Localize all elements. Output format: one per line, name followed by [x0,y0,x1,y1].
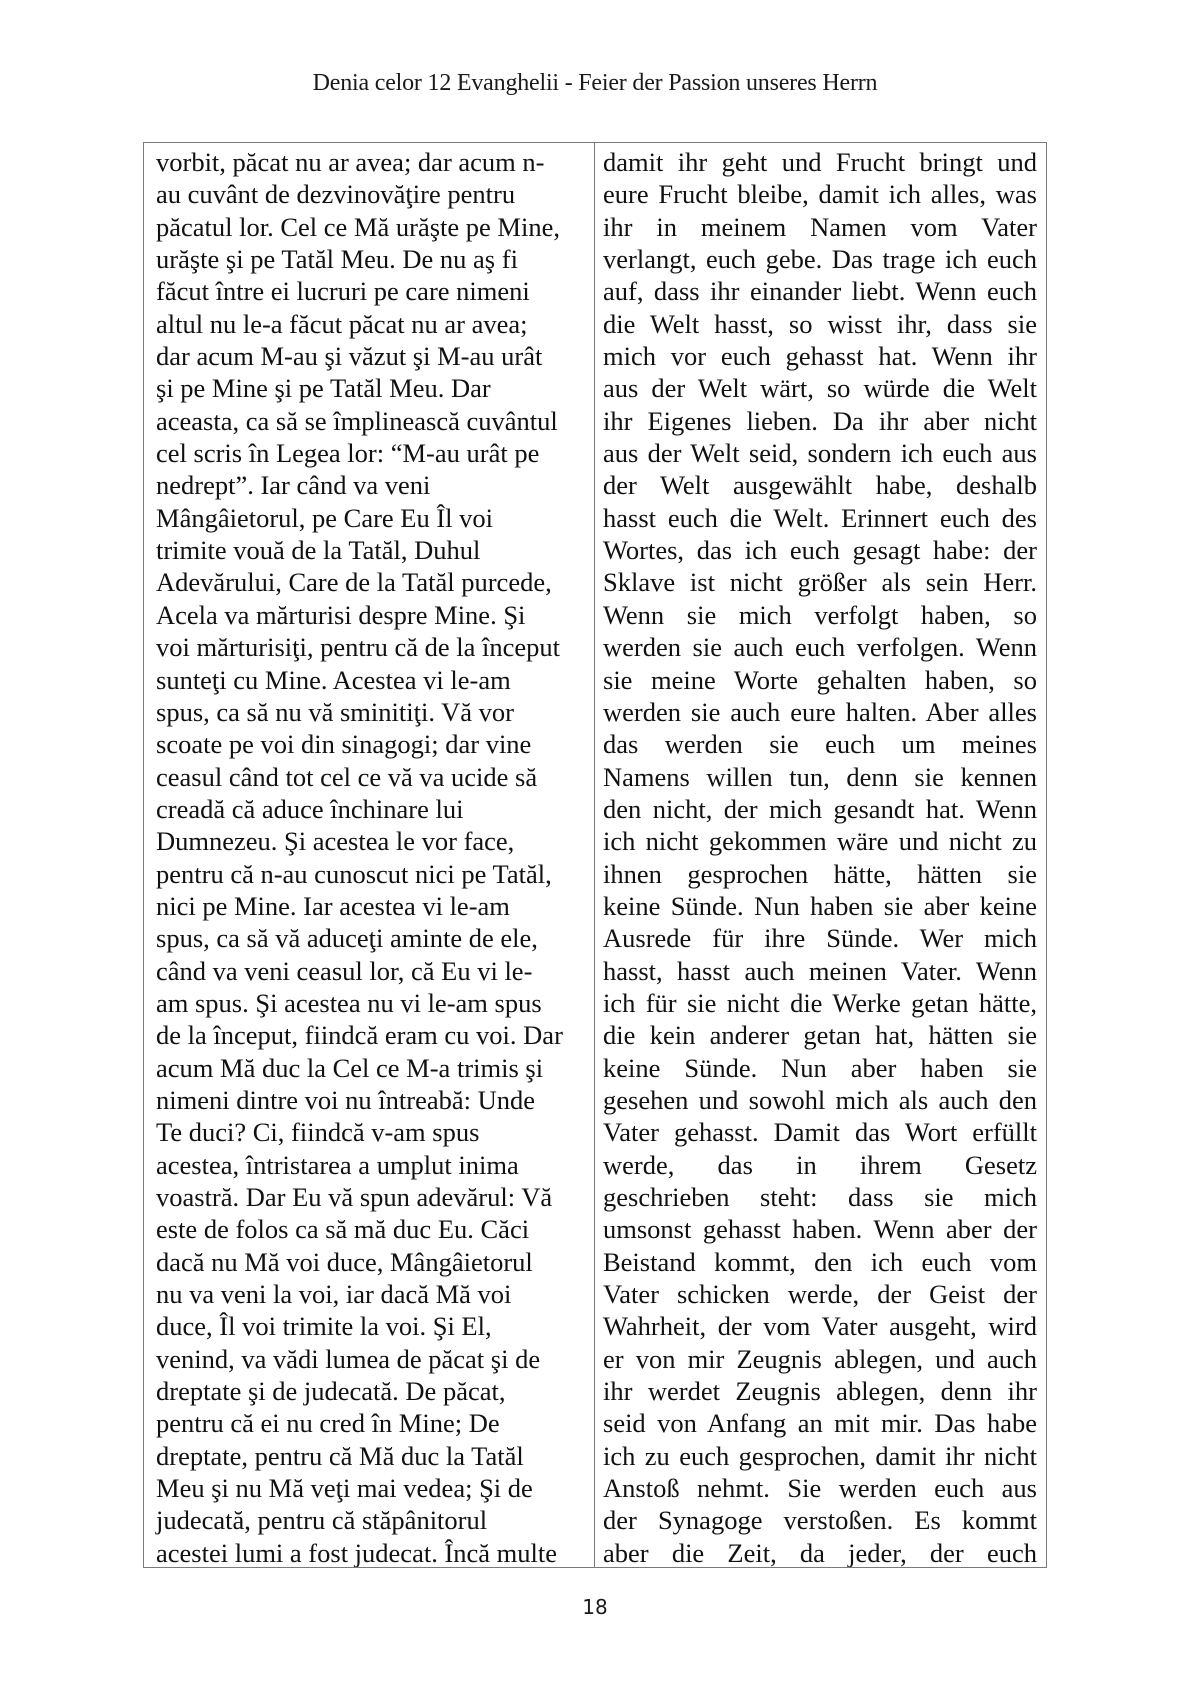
romanian-text-line: şi pe Mine şi pe Tatăl Meu. Dar [156,372,590,404]
german-text-line: ihr in meinem Namen vom Vater [603,211,1037,243]
german-text-line: die Welt hasst, so wisst ihr, dass sie [603,308,1037,340]
german-text-line: gesehen und sowohl mich als auch den [603,1084,1037,1116]
german-text-line: das werden sie euch um meines [603,728,1037,760]
german-text-line: keine Sünde. Nun aber haben sie [603,1052,1037,1084]
romanian-text-line: nimeni dintre voi nu întreabă: Unde [156,1084,590,1116]
german-text-line: aber die Zeit, da jeder, der euch [603,1537,1037,1567]
romanian-text-line: cel scris în Legea lor: “M-au urât pe [156,437,590,469]
german-text-line: mich vor euch gehasst hat. Wenn ihr [603,340,1037,372]
romanian-text-line: Dumnezeu. Şi acestea le vor face, [156,825,590,857]
romanian-text-line: dreptate şi de judecată. De păcat, [156,1375,590,1407]
german-text-line: werden sie auch eure halten. Aber alles [603,696,1037,728]
romanian-text-line: spus, ca să vă aduceţi aminte de ele, [156,922,590,954]
romanian-text-line: făcut între ei lucruri pe care nimeni [156,275,590,307]
romanian-text-line: ceasul când tot cel ce vă va ucide să [156,761,590,793]
german-text-line: eure Frucht bleibe, damit ich alles, was [603,178,1037,210]
german-text-line: ich nicht gekommen wäre und nicht zu [603,825,1037,857]
romanian-text-line: vorbit, păcat nu ar avea; dar acum n- [156,146,590,178]
german-text-line: verlangt, euch gebe. Das trage ich euch [603,243,1037,275]
german-text-line: aus der Welt wärt, so würde die Welt [603,372,1037,404]
page-header-title: Denia celor 12 Evanghelii - Feier der Pa… [0,70,1190,97]
romanian-text-line: altul nu le-a făcut păcat nu ar avea; [156,308,590,340]
romanian-text-line: scoate pe voi din sinagogi; dar vine [156,728,590,760]
romanian-text-line: dreptate, pentru că Mă duc la Tatăl [156,1440,590,1472]
page-number: 18 [0,1595,1190,1619]
german-text-line: hasst, hasst auch meinen Vater. Wenn [603,955,1037,987]
german-text-line: ich für sie nicht die Werke getan hätte, [603,987,1037,1019]
german-text-line: damit ihr geht und Frucht bringt und [603,146,1037,178]
german-text-line: ihnen gesprochen hätte, hätten sie [603,858,1037,890]
german-text-line: ihr werdet Zeugnis ablegen, denn ihr [603,1375,1037,1407]
bilingual-text-table: vorbit, păcat nu ar avea; dar acum n-au … [143,142,1047,1568]
german-text-line: Wortes, das ich euch gesagt habe: der [603,534,1037,566]
german-text-line: umsonst gehasst haben. Wenn aber der [603,1213,1037,1245]
romanian-text-line: voi mărturisiţi, pentru că de la început [156,631,590,663]
romanian-text-line: de la început, fiindcă eram cu voi. Dar [156,1019,590,1051]
german-text-line: werden sie auch euch verfolgen. Wenn [603,631,1037,663]
romanian-text-line: nedrept”. Iar când va veni [156,469,590,501]
german-text-line: hasst euch die Welt. Erinnert euch des [603,502,1037,534]
romanian-text-line: urăşte şi pe Tatăl Meu. De nu aş fi [156,243,590,275]
german-column: damit ihr geht und Frucht bringt undeure… [595,143,1046,1567]
romanian-text-line: sunteţi cu Mine. Acestea vi le-am [156,664,590,696]
german-text-line: sie meine Worte gehalten haben, so [603,664,1037,696]
german-text-line: Ausrede für ihre Sünde. Wer mich [603,922,1037,954]
german-text-line: die kein anderer getan hat, hätten sie [603,1019,1037,1051]
german-text-line: den nicht, der mich gesandt hat. Wenn [603,793,1037,825]
german-text-line: der Welt ausgewählt habe, deshalb [603,469,1037,501]
romanian-text-line: duce, Îl voi trimite la voi. Şi El, [156,1310,590,1342]
romanian-text-line: trimite vouă de la Tatăl, Duhul [156,534,590,566]
romanian-text-line: au cuvânt de dezvinovăţire pentru [156,178,590,210]
german-text-line: Sklave ist nicht größer als sein Herr. [603,566,1037,598]
german-text-line: seid von Anfang an mit mir. Das habe [603,1407,1037,1439]
german-text-line: ihr Eigenes lieben. Da ihr aber nicht [603,405,1037,437]
german-text-line: Beistand kommt, den ich euch vom [603,1246,1037,1278]
romanian-text-line: nu va veni la voi, iar dacă Mă voi [156,1278,590,1310]
german-text-line: auf, dass ihr einander liebt. Wenn euch [603,275,1037,307]
german-text-line: Namens willen tun, denn sie kennen [603,761,1037,793]
german-text-line: werde, das in ihrem Gesetz [603,1149,1037,1181]
romanian-column: vorbit, păcat nu ar avea; dar acum n-au … [144,143,595,1567]
romanian-text-line: acestea, întristarea a umplut inima [156,1149,590,1181]
german-text-line: der Synagoge verstoßen. Es kommt [603,1504,1037,1536]
romanian-text-line: spus, ca să nu vă sminitiţi. Vă vor [156,696,590,728]
romanian-text-line: Mângâietorul, pe Care Eu Îl voi [156,502,590,534]
romanian-text-line: acestei lumi a fost judecat. Încă multe [156,1537,590,1567]
german-text-line: Vater schicken werde, der Geist der [603,1278,1037,1310]
german-text-line: er von mir Zeugnis ablegen, und auch [603,1343,1037,1375]
romanian-text-line: venind, va vădi lumea de păcat şi de [156,1343,590,1375]
romanian-text-line: acum Mă duc la Cel ce M-a trimis şi [156,1052,590,1084]
romanian-text-line: când va veni ceasul lor, că Eu vi le- [156,955,590,987]
romanian-text-line: este de folos ca să mă duc Eu. Căci [156,1213,590,1245]
romanian-text-line: judecată, pentru că stăpânitorul [156,1504,590,1536]
romanian-text-line: aceasta, ca să se împlinească cuvântul [156,405,590,437]
romanian-text-line: pentru că ei nu cred în Mine; De [156,1407,590,1439]
german-text-line: Wahrheit, der vom Vater ausgeht, wird [603,1310,1037,1342]
german-text-line: keine Sünde. Nun haben sie aber keine [603,890,1037,922]
german-text-line: geschrieben steht: dass sie mich [603,1181,1037,1213]
romanian-text-line: păcatul lor. Cel ce Mă urăşte pe Mine, [156,211,590,243]
romanian-text-line: pentru că n-au cunoscut nici pe Tatăl, [156,858,590,890]
romanian-text-line: dacă nu Mă voi duce, Mângâietorul [156,1246,590,1278]
romanian-text-line: voastră. Dar Eu vă spun adevărul: Vă [156,1181,590,1213]
german-text-line: aus der Welt seid, sondern ich euch aus [603,437,1037,469]
romanian-text-line: nici pe Mine. Iar acestea vi le-am [156,890,590,922]
romanian-text-line: Meu şi nu Mă veţi mai vedea; Şi de [156,1472,590,1504]
german-text-line: Vater gehasst. Damit das Wort erfüllt [603,1116,1037,1148]
romanian-text-line: Te duci? Ci, fiindcă v-am spus [156,1116,590,1148]
romanian-text-line: am spus. Şi acestea nu vi le-am spus [156,987,590,1019]
romanian-text-line: Acela va mărturisi despre Mine. Şi [156,599,590,631]
romanian-text-line: Adevărului, Care de la Tatăl purcede, [156,566,590,598]
german-text-line: Wenn sie mich verfolgt haben, so [603,599,1037,631]
german-text-line: Anstoß nehmt. Sie werden euch aus [603,1472,1037,1504]
romanian-text-line: dar acum M-au şi văzut şi M-au urât [156,340,590,372]
romanian-text-line: creadă că aduce închinare lui [156,793,590,825]
german-text-line: ich zu euch gesprochen, damit ihr nicht [603,1440,1037,1472]
